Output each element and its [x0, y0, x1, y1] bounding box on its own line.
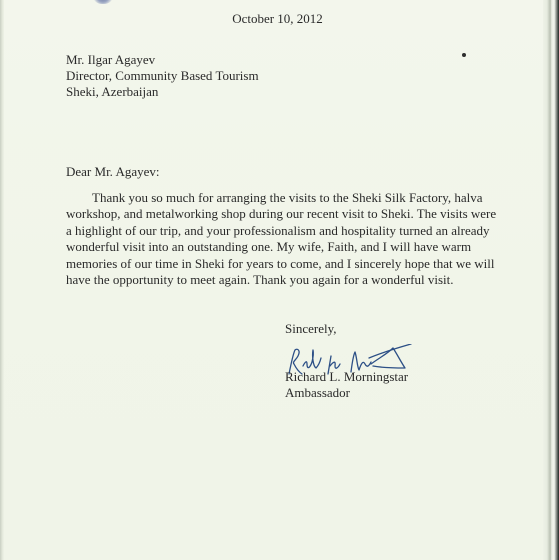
- scan-edge-right: [543, 0, 559, 560]
- embassy-seal-icon: [92, 0, 114, 4]
- body-line: Thank you so much for arranging the visi…: [66, 190, 496, 206]
- scan-speck: [462, 53, 466, 57]
- body-line: memories of our time in Sheki for years …: [66, 256, 496, 272]
- recipient-title: Director, Community Based Tourism: [66, 68, 259, 84]
- salutation: Dear Mr. Agayev:: [66, 164, 160, 180]
- letter-page: October 10, 2012 Mr. Ilgar Agayev Direct…: [0, 0, 559, 560]
- scan-edge-left: [0, 0, 4, 560]
- body-line: workshop, and metalworking shop during o…: [66, 206, 496, 222]
- body-line: wonderful visit into an outstanding one.…: [66, 239, 496, 255]
- recipient-location: Sheki, Azerbaijan: [66, 84, 259, 100]
- recipient-address: Mr. Ilgar Agayev Director, Community Bas…: [66, 52, 259, 100]
- letter-date: October 10, 2012: [0, 11, 559, 27]
- closing: Sincerely,: [285, 321, 337, 337]
- signer-block: Richard L. Morningstar Ambassador: [285, 369, 408, 401]
- signer-name: Richard L. Morningstar: [285, 369, 408, 385]
- signer-title: Ambassador: [285, 385, 408, 401]
- recipient-name: Mr. Ilgar Agayev: [66, 52, 259, 68]
- letter-body: Thank you so much for arranging the visi…: [66, 190, 496, 288]
- date-text: October 10, 2012: [232, 11, 323, 26]
- body-line: a highlight of our trip, and your profes…: [66, 223, 496, 239]
- body-line: have the opportunity to meet again. Than…: [66, 272, 496, 288]
